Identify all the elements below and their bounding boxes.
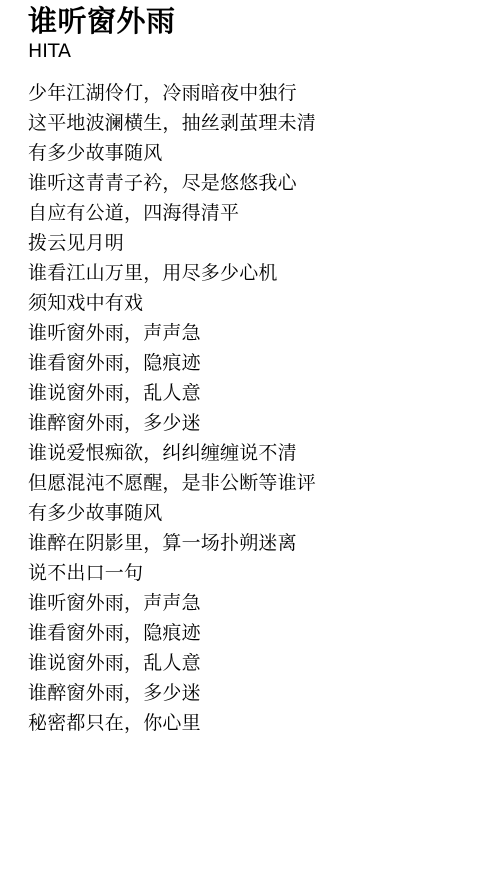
lyric-line: 谁看窗外雨，隐痕迹	[28, 348, 480, 378]
lyric-line: 谁说爱恨痴欲，纠纠缠缠说不清	[28, 438, 480, 468]
lyric-line: 须知戏中有戏	[28, 288, 480, 318]
lyric-line: 谁醉在阴影里，算一场扑朔迷离	[28, 528, 480, 558]
lyric-line: 谁说窗外雨，乱人意	[28, 648, 480, 678]
lyric-line: 说不出口一句	[28, 558, 480, 588]
lyric-line: 少年江湖伶仃，冷雨暗夜中独行	[28, 78, 480, 108]
lyric-line: 这平地波澜横生，抽丝剥茧理未清	[28, 108, 480, 138]
lyric-line: 谁听这青青子衿，尽是悠悠我心	[28, 168, 480, 198]
lyric-line: 但愿混沌不愿醒，是非公断等谁评	[28, 468, 480, 498]
lyric-line: 拨云见月明	[28, 228, 480, 258]
lyric-line: 谁看江山万里，用尽多少心机	[28, 258, 480, 288]
lyric-line: 谁听窗外雨，声声急	[28, 318, 480, 348]
lyric-line: 谁醉窗外雨，多少迷	[28, 678, 480, 708]
lyrics-page: 谁听窗外雨 HITA 少年江湖伶仃，冷雨暗夜中独行 这平地波澜横生，抽丝剥茧理未…	[0, 0, 500, 880]
artist-name: HITA	[28, 40, 480, 62]
lyric-line: 有多少故事随风	[28, 138, 480, 168]
lyric-line: 自应有公道，四海得清平	[28, 198, 480, 228]
lyric-line: 谁醉窗外雨，多少迷	[28, 408, 480, 438]
lyrics-body: 少年江湖伶仃，冷雨暗夜中独行 这平地波澜横生，抽丝剥茧理未清 有多少故事随风 谁…	[28, 78, 480, 738]
lyric-line: 谁听窗外雨，声声急	[28, 588, 480, 618]
lyric-line: 谁说窗外雨，乱人意	[28, 378, 480, 408]
lyric-line: 秘密都只在，你心里	[28, 708, 480, 738]
song-title: 谁听窗外雨	[28, 0, 480, 38]
lyric-line: 有多少故事随风	[28, 498, 480, 528]
lyric-line: 谁看窗外雨，隐痕迹	[28, 618, 480, 648]
